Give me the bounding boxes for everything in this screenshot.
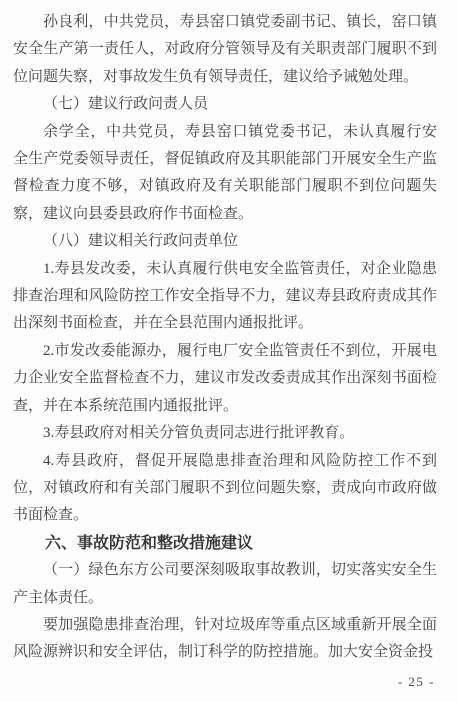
- text-line: 要加强隐患排查治理，针对垃圾库等重点区域重新开展全面: [13, 612, 437, 639]
- text-line: 产主体责任。: [13, 585, 437, 612]
- text-line: 安全生产第一责任人，对政府分管领导及有关职责部门履职不到: [13, 36, 437, 63]
- text-line: 出深刻书面检查，并在全县范围内通报批评。: [13, 310, 437, 337]
- text-line: 位问题失察，对事故发生负有领导责任，建议给予诫勉处理。: [13, 64, 437, 91]
- text-line: 孙良利，中共党员，寿县窑口镇党委副书记、镇长，窑口镇: [13, 9, 437, 36]
- paragraph: 孙良利，中共党员，寿县窑口镇党委副书记、镇长，窑口镇安全生产第一责任人，对政府分…: [13, 9, 437, 91]
- page-number: - 25 -: [398, 674, 435, 690]
- text-line: 余学全，中共党员，寿县窑口镇党委书记，未认真履行安: [13, 119, 437, 146]
- document-body: 孙良利，中共党员，寿县窑口镇党委副书记、镇长，窑口镇安全生产第一责任人，对政府分…: [13, 9, 437, 667]
- paragraph: （一）绿色东方公司要深刻吸取事故教训，切实落实安全生产主体责任。: [13, 557, 437, 612]
- text-line: 排查治理和风险防控工作安全指导不力，建议寿县政府责成其作: [13, 283, 437, 310]
- text-line: 1.寿县发改委，未认真履行供电安全监管责任，对企业隐患: [13, 256, 437, 283]
- paragraph: 余学全，中共党员，寿县窑口镇党委书记，未认真履行安全生产党委领导责任，督促镇政府…: [13, 119, 437, 229]
- text-line: 位，对镇政府和有关部门履职不到位问题失察，责成向市政府做: [13, 475, 437, 502]
- text-line: （八）建议相关行政问责单位: [13, 228, 437, 255]
- text-line: 督检查力度不够，对镇政府及有关职能部门履职不到位问题失: [13, 173, 437, 200]
- text-line: （一）绿色东方公司要深刻吸取事故教训，切实落实安全生: [13, 557, 437, 584]
- text-line: 全生产党委领导责任，督促镇政府及其职能部门开展安全生产监: [13, 146, 437, 173]
- text-line: 查，并在本系统范围内通报批评。: [13, 393, 437, 420]
- paragraph: 要加强隐患排查治理，针对垃圾库等重点区域重新开展全面风险源辨识和安全评估，制订科…: [13, 612, 437, 667]
- paragraph: 1.寿县发改委，未认真履行供电安全监管责任，对企业隐患排查治理和风险防控工作安全…: [13, 256, 437, 338]
- text-line: 风险源辨识和安全评估，制订科学的防控措施。加大安全资金投: [13, 639, 437, 666]
- paragraph: 4.寿县政府，督促开展隐患排查治理和风险防控工作不到位，对镇政府和有关部门履职不…: [13, 448, 437, 530]
- text-line: 书面检查。: [13, 502, 437, 529]
- text-line: 2.市发改委能源办，履行电厂安全监管责任不到位，开展电: [13, 338, 437, 365]
- section-heading: 六、事故防范和整改措施建议: [13, 530, 437, 557]
- paragraph: 3.寿县政府对相关分管负责同志进行批评教育。: [13, 420, 437, 447]
- section-subheading: （八）建议相关行政问责单位: [13, 228, 437, 255]
- text-line: 4.寿县政府，督促开展隐患排查治理和风险防控工作不到: [13, 448, 437, 475]
- text-line: 察，建议向县委县政府作书面检查。: [13, 201, 437, 228]
- document-page: 孙良利，中共党员，寿县窑口镇党委副书记、镇长，窑口镇安全生产第一责任人，对政府分…: [0, 0, 458, 701]
- text-line: 六、事故防范和整改措施建议: [13, 530, 437, 557]
- text-line: （七）建议行政问责人员: [13, 91, 437, 118]
- paragraph: 2.市发改委能源办，履行电厂安全监管责任不到位，开展电力企业安全监督检查不力，建…: [13, 338, 437, 420]
- section-subheading: （七）建议行政问责人员: [13, 91, 437, 118]
- text-line: 力企业安全监督检查不力，建议市发改委责成其作出深刻书面检: [13, 365, 437, 392]
- text-line: 3.寿县政府对相关分管负责同志进行批评教育。: [13, 420, 437, 447]
